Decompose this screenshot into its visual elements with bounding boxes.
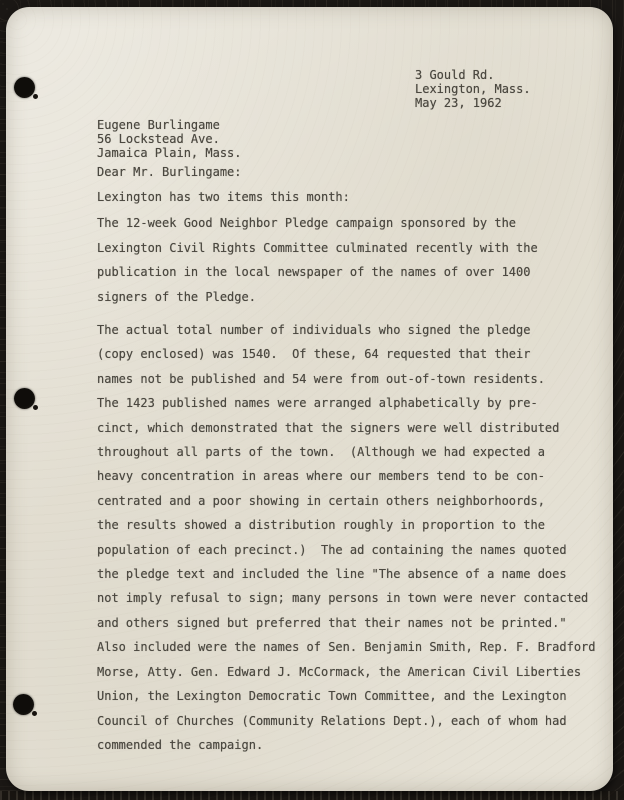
punch-hole (13, 694, 34, 715)
text-line: May 23, 1962 (415, 96, 531, 110)
punch-hole (14, 77, 35, 98)
text-line: cinct, which demonstrated that the signe… (97, 416, 596, 440)
text-line: The actual total number of individuals w… (97, 318, 596, 342)
text-line: and others signed but preferred that the… (97, 611, 596, 635)
sender-address-block: 3 Gould Rd.Lexington, Mass.May 23, 1962 (415, 68, 531, 110)
text-line: throughout all parts of the town. (Altho… (97, 440, 596, 464)
text-line: Council of Churches (Community Relations… (97, 709, 596, 733)
text-line: the results showed a distribution roughl… (97, 513, 596, 537)
text-line: centrated and a poor showing in certain … (97, 489, 596, 513)
text-line: The 1423 published names were arranged a… (97, 391, 596, 415)
text-line: Eugene Burlingame (97, 118, 242, 132)
text-line: Union, the Lexington Democratic Town Com… (97, 684, 596, 708)
recipient-address-block: Eugene Burlingame56 Lockstead Ave.Jamaic… (97, 118, 242, 160)
intro-line: Lexington has two items this month: (97, 190, 350, 204)
text-line: the pledge text and included the line "T… (97, 562, 596, 586)
letter-paper: 3 Gould Rd.Lexington, Mass.May 23, 1962 … (6, 7, 613, 791)
text-line: 56 Lockstead Ave. (97, 132, 242, 146)
text-line: commended the campaign. (97, 733, 596, 757)
book-page-edges (0, 791, 624, 800)
text-line: heavy concentration in areas where our m… (97, 464, 596, 488)
text-line: Also included were the names of Sen. Ben… (97, 635, 596, 659)
text-line: publication in the local newspaper of th… (97, 260, 538, 285)
text-line: 3 Gould Rd. (415, 68, 531, 82)
text-line: names not be published and 54 were from … (97, 367, 596, 391)
text-line: Jamaica Plain, Mass. (97, 146, 242, 160)
text-line: (copy enclosed) was 1540. Of these, 64 r… (97, 342, 596, 366)
text-line: Lexington, Mass. (415, 82, 531, 96)
scan-background: 3 Gould Rd.Lexington, Mass.May 23, 1962 … (0, 0, 624, 800)
salutation: Dear Mr. Burlingame: (97, 165, 242, 179)
paragraph-1: The 12-week Good Neighbor Pledge campaig… (97, 211, 538, 310)
text-line: signers of the Pledge. (97, 285, 538, 310)
text-line: Lexington Civil Rights Committee culmina… (97, 236, 538, 261)
text-line: Morse, Atty. Gen. Edward J. McCormack, t… (97, 660, 596, 684)
punch-hole (14, 388, 35, 409)
text-line: not imply refusal to sign; many persons … (97, 586, 596, 610)
paragraph-2: The actual total number of individuals w… (97, 318, 596, 757)
text-line: population of each precinct.) The ad con… (97, 538, 596, 562)
text-line: The 12-week Good Neighbor Pledge campaig… (97, 211, 538, 236)
